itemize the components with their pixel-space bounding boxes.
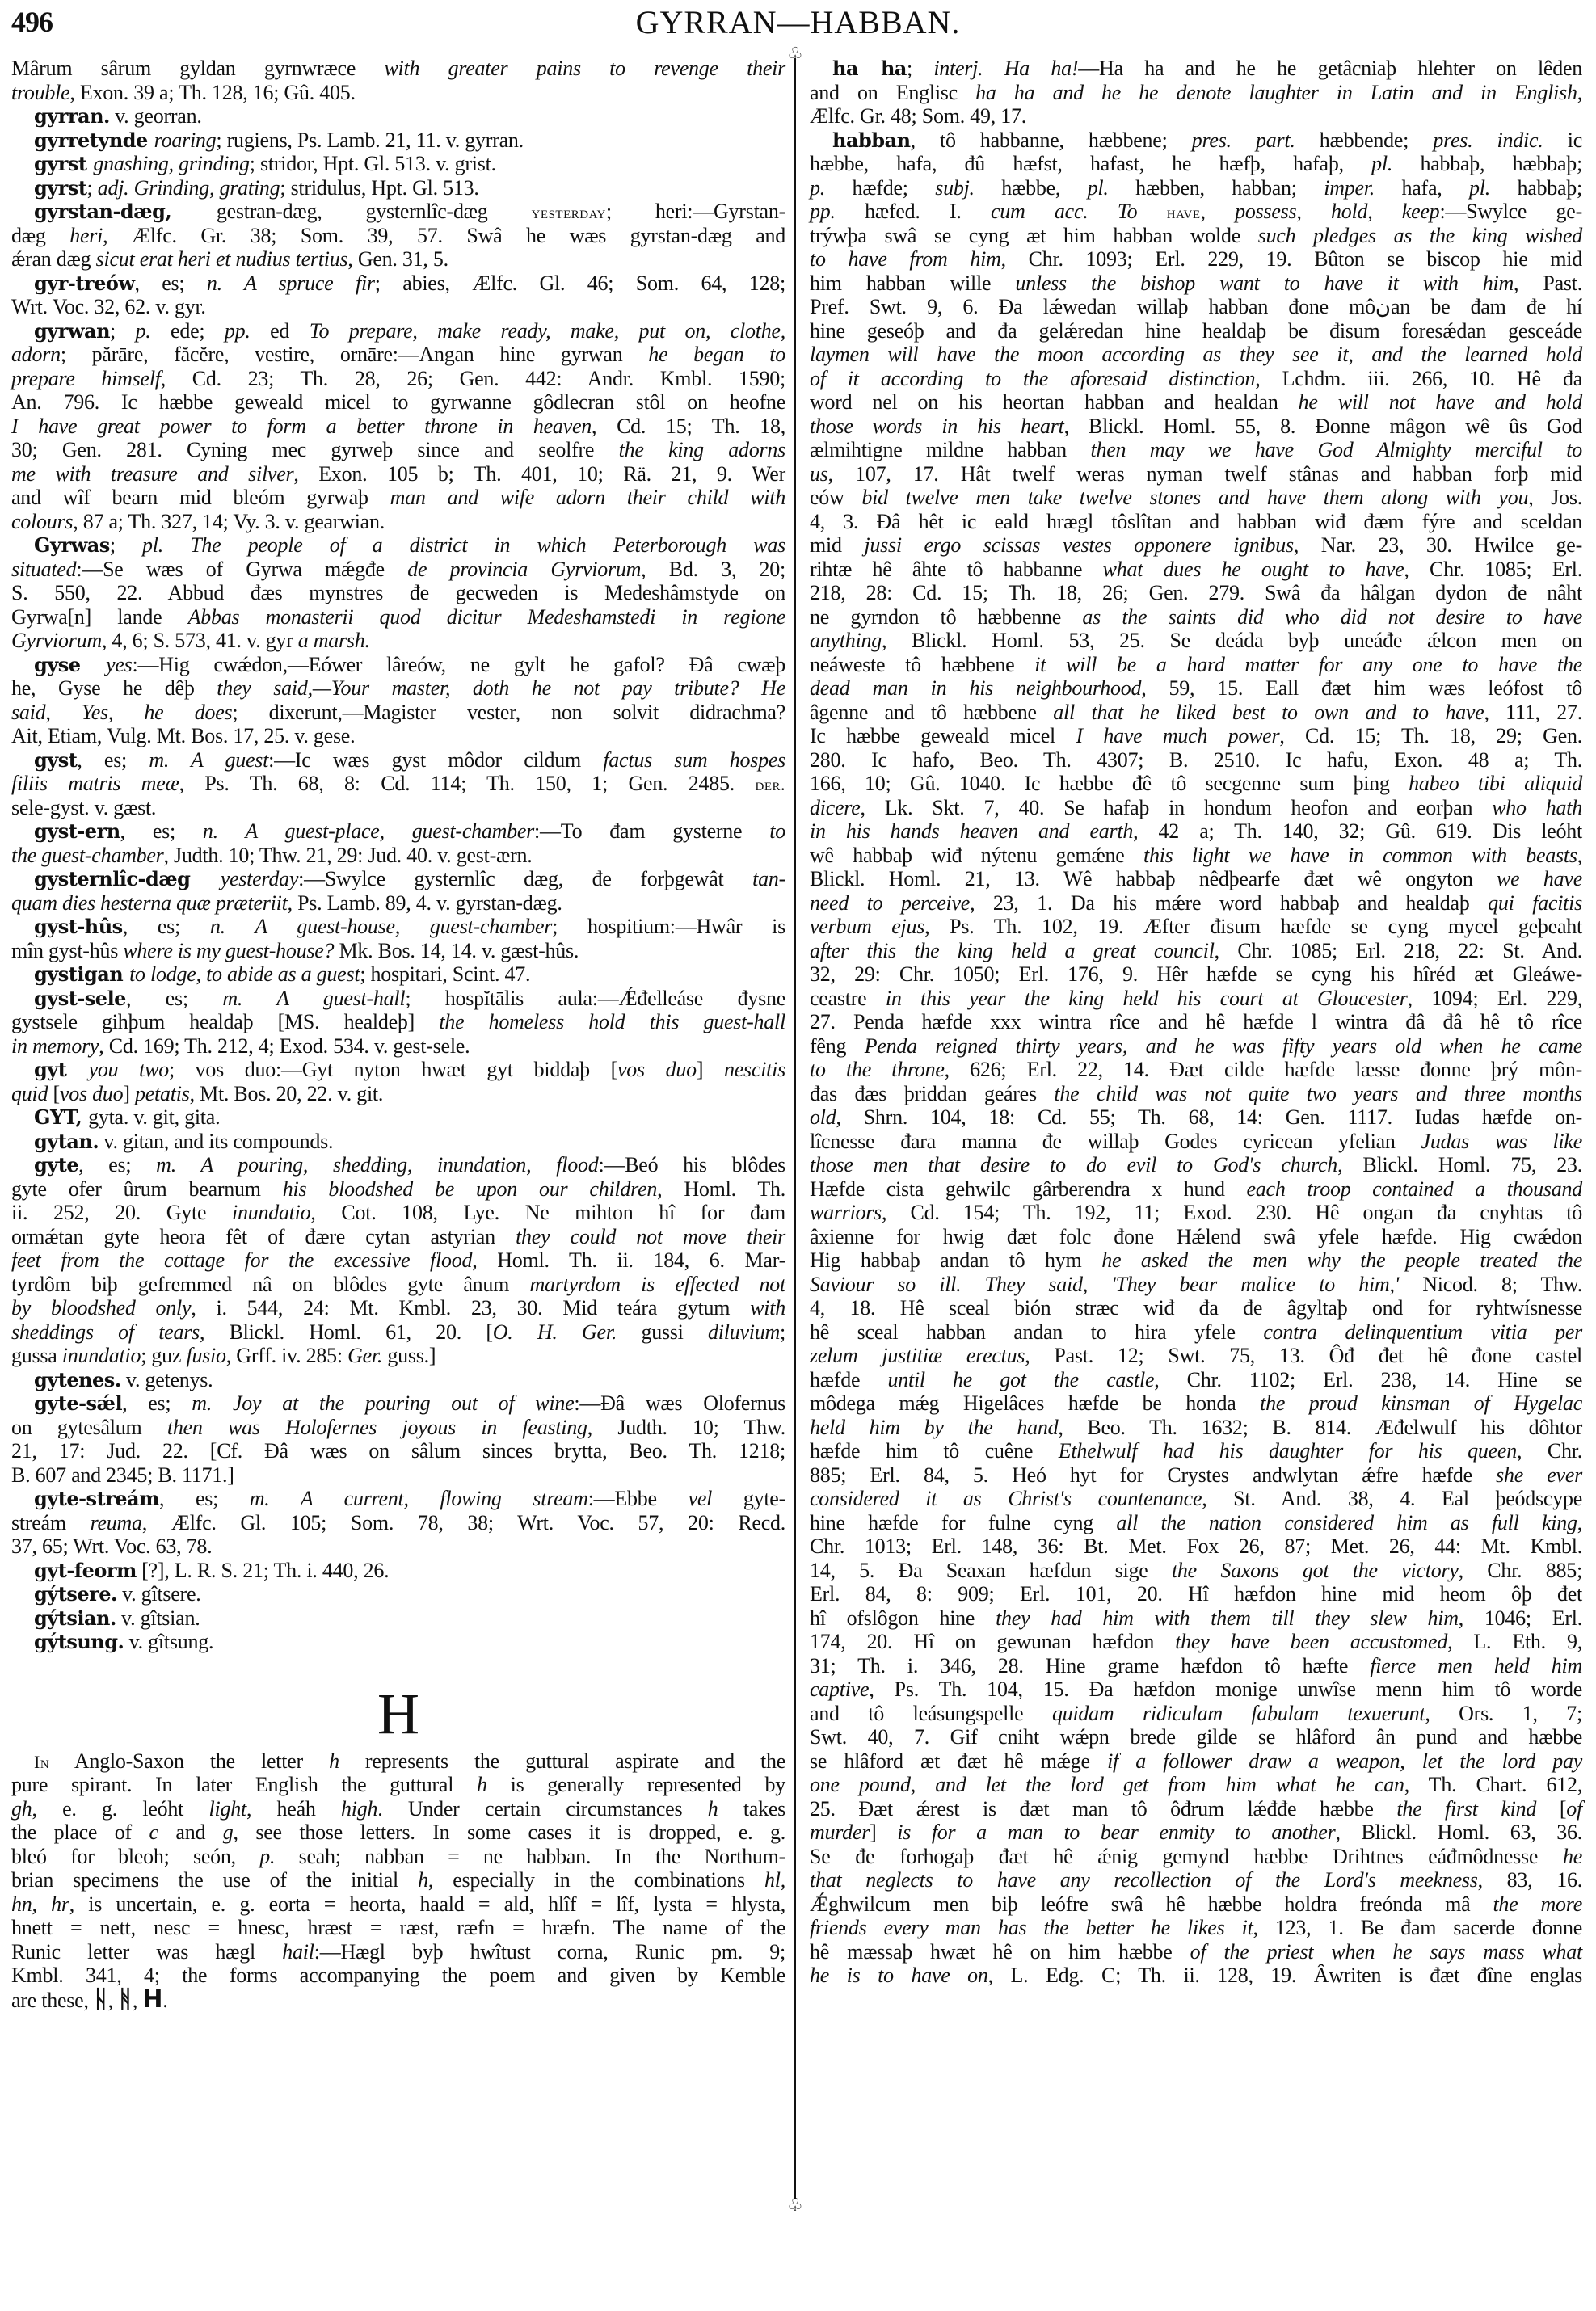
italic-gloss: they had him with them till they slew hi… bbox=[996, 1606, 1459, 1630]
text-run: ; bbox=[907, 57, 933, 80]
headword: gyte bbox=[34, 1153, 78, 1177]
text-run: Chr. 1013; Erl. 148, 36: Bt. Met. Fox 26… bbox=[810, 1534, 1582, 1558]
text-line: Blickl. Homl. 21, 13. Wê habbaþ nêdþearf… bbox=[810, 867, 1582, 891]
text-run: , bbox=[1577, 844, 1582, 867]
text-line: 218, 28: Cd. 15; Th. 18, 26; Gen. 279. S… bbox=[810, 581, 1582, 605]
italic-gloss: all the nation considered him as full ki… bbox=[1116, 1511, 1577, 1534]
italic-gloss: of bbox=[1566, 1797, 1582, 1821]
text-run: hnett = nett, nesc = hnesc, hræst = ræst… bbox=[11, 1916, 785, 1939]
text-line: 27. Penda hæfde xxx wintra rîce and hê h… bbox=[810, 1010, 1582, 1034]
text-line: âgenne and tô hæbbene all that he liked … bbox=[810, 701, 1582, 725]
italic-gloss: vos duo bbox=[60, 1082, 123, 1105]
text-run: hafa, bbox=[1375, 176, 1469, 200]
italic-gloss: in memory bbox=[11, 1034, 99, 1058]
text-run: , es; bbox=[77, 748, 149, 772]
text-line: he, Gyse he dêþ they said,—Your master, … bbox=[11, 676, 785, 701]
text-run: , Blickl. Homl. 53, 25. Se deáda byþ une… bbox=[882, 629, 1582, 652]
text-run: ; rugiens, Ps. Lamb. 21, 11. v. gyrran. bbox=[216, 128, 523, 152]
italic-gloss: held him by the hand bbox=[810, 1416, 1058, 1439]
text-run: Wrt. Voc. 32, 62. v. gyr. bbox=[11, 295, 206, 318]
text-line: he is to have on, L. Edg. C; Th. ii. 128… bbox=[810, 1964, 1582, 1988]
text-run: gyte- bbox=[712, 1487, 785, 1510]
text-line: tyrdôm biþ gefremmed nâ on blôdes gyte â… bbox=[11, 1273, 785, 1297]
text-line: rihtæ hê âhte tô habbanne what dues he o… bbox=[810, 558, 1582, 582]
text-run: ] bbox=[697, 1058, 724, 1081]
italic-gloss: they could not move their bbox=[516, 1225, 785, 1248]
text-line: 31; Th. i. 346, 28. Hine grame hæfdon tô… bbox=[810, 1654, 1582, 1678]
text-line: quid [vos duo] petatis, Mt. Bos. 20, 22.… bbox=[11, 1082, 785, 1106]
italic-gloss: sheddings of tears bbox=[11, 1320, 200, 1344]
text-line: 4, 3. Đâ hêt ic eald hrægl tôslîtan and … bbox=[810, 510, 1582, 534]
italic-gloss: hail bbox=[282, 1940, 314, 1964]
text-run: hæfde bbox=[810, 1368, 887, 1391]
text-run: , 626; Erl. 22, 14. Đæt cilde hæfde læss… bbox=[945, 1058, 1582, 1081]
italic-gloss: de provincia Gyrviorum bbox=[407, 558, 641, 581]
entry-line-start: gyst-ern, es; n. A guest-place, guest-ch… bbox=[11, 819, 785, 844]
italic-gloss: of the priest when he says mass what bbox=[1190, 1940, 1582, 1964]
italic-gloss: pp. bbox=[810, 200, 836, 223]
headword: gyrst bbox=[34, 176, 86, 200]
text-line: I have great power to form a better thro… bbox=[11, 415, 785, 439]
text-run: 32, 29: Chr. 1050; Erl. 176, 9. Hêr hæfd… bbox=[810, 962, 1582, 986]
text-run: 166, 10; Gû. 1040. Ic hæbbe đê tô secgen… bbox=[810, 772, 1409, 795]
text-run: habbaþ, hæbbaþ; bbox=[1392, 152, 1582, 175]
italic-gloss: light bbox=[209, 1797, 246, 1821]
italic-gloss: need to perceive bbox=[810, 891, 970, 915]
entry-line-start: gyte, es; m. A pouring, shedding, inunda… bbox=[11, 1153, 785, 1177]
text-run: , 23, 1. Đa his mǽre word habbaþ and hea… bbox=[970, 891, 1488, 915]
italic-gloss: you two bbox=[89, 1058, 169, 1081]
text-run: đas đæs þriddan geáres bbox=[810, 1082, 1054, 1105]
text-line: the place of c and g, see those letters.… bbox=[11, 1821, 785, 1845]
text-line: dæg heri, Ælfc. Gr. 38; Som. 39, 57. Swâ… bbox=[11, 224, 785, 248]
text-run: is generally represented by bbox=[487, 1773, 785, 1796]
text-run: , 87 a; Th. 327, 14; Vy. 3. v. gearwian. bbox=[73, 510, 385, 533]
text-line: hine hæfde for fulne cyng all the nation… bbox=[810, 1511, 1582, 1535]
text-run: ne gyrndon tô hæbbenne bbox=[810, 605, 1082, 629]
headword: gýtsere. bbox=[34, 1582, 117, 1606]
text-run: Hig habbaþ andan tô hym bbox=[810, 1248, 1101, 1272]
text-line: 174, 20. Hî on gewunan hæfdon they have … bbox=[810, 1630, 1582, 1654]
text-line: need to perceive, 23, 1. Đa his mǽre wor… bbox=[810, 891, 1582, 916]
text-run: sele-gyst. v. gæst. bbox=[11, 796, 156, 819]
text-line: ne gyrndon tô hæbbenne as the saints did… bbox=[810, 605, 1582, 629]
text-run: Ic hæbbe geweald micel bbox=[810, 724, 1076, 747]
text-line: are these, ᚺ, ᚻ, H. bbox=[11, 1988, 785, 2012]
text-line: me with treasure and silver, Exon. 105 b… bbox=[11, 462, 785, 486]
text-run: , 4, 6; S. 573, 41. v. gyr bbox=[102, 629, 298, 652]
text-run: , es; bbox=[78, 1153, 156, 1177]
italic-gloss: c bbox=[149, 1821, 158, 1844]
text-line: âxienne for hwig đæt folc đone Hǽlend sw… bbox=[810, 1225, 1582, 1249]
headword: gyte-streám bbox=[34, 1487, 159, 1510]
small-caps-text: have bbox=[1167, 202, 1201, 222]
text-line: pure spirant. In later English the guttu… bbox=[11, 1773, 785, 1797]
italic-gloss: us bbox=[810, 462, 828, 486]
text-run: 27. Penda hæfde xxx wintra rîce and hê h… bbox=[810, 1010, 1582, 1033]
entry-line-start: Gyrwas; pl. The people of a district in … bbox=[11, 533, 785, 558]
italic-gloss: he bbox=[1563, 1845, 1582, 1868]
italic-gloss: pres. indic. bbox=[1433, 128, 1543, 152]
text-run: , Homl. Th. bbox=[657, 1177, 785, 1201]
text-run: , Chr. 1093; Erl. 229, 19. Bûton se bisc… bbox=[1001, 247, 1582, 271]
italic-gloss: qui facitis bbox=[1488, 891, 1582, 915]
text-run: , Past. bbox=[1514, 272, 1582, 295]
text-run: , bbox=[1577, 81, 1582, 104]
text-line: mîn gyst-hûs where is my guest-house? Mk… bbox=[11, 939, 785, 963]
text-run: , Grff. iv. 285: bbox=[226, 1344, 347, 1367]
italic-gloss: they said,—Your master, doth he not pay … bbox=[217, 676, 785, 700]
text-run: 31; Th. i. 346, 28. Hine grame hæfdon tô… bbox=[810, 1654, 1370, 1677]
text-run: , Ps. Lamb. 89, 4. v. gyrstan-dæg. bbox=[288, 891, 562, 915]
text-run: , Gen. 31, 5. bbox=[347, 247, 448, 271]
text-line: Chr. 1013; Erl. 148, 36: Bt. Met. Fox 26… bbox=[810, 1534, 1582, 1559]
text-run: Ælfc. Gr. 48; Som. 49, 17. bbox=[810, 104, 1026, 128]
italic-gloss: I have much power bbox=[1076, 724, 1279, 747]
italic-gloss: murder bbox=[810, 1821, 870, 1844]
text-line: Ait, Etiam, Vulg. Mt. Bos. 17, 25. v. ge… bbox=[11, 724, 785, 748]
italic-gloss: unless the bishop want to have it with h… bbox=[1015, 272, 1514, 295]
text-run: . bbox=[162, 1989, 167, 2012]
section-letter-heading: H bbox=[11, 1678, 785, 1749]
text-line: situated:—Se wæs of Gyrwa mǽgđe de provi… bbox=[11, 558, 785, 582]
text-run: seah; nabban = ne habban. In the Northum… bbox=[275, 1845, 785, 1868]
text-run: v. gîtsere. bbox=[117, 1582, 201, 1606]
text-line: lîcnesse đara manna đe willaþ Godes cyri… bbox=[810, 1130, 1582, 1154]
text-run: and tô leásungspelle bbox=[810, 1702, 1052, 1725]
italic-gloss: petatis bbox=[135, 1082, 190, 1105]
text-run: , Lchdm. iii. 266, 10. Hê đa bbox=[1255, 367, 1582, 390]
italic-gloss: pres. part. bbox=[1192, 128, 1295, 152]
italic-gloss: p. bbox=[259, 1845, 275, 1868]
text-line: Runic letter was hægl hail:—Hægl byþ hwî… bbox=[11, 1940, 785, 1964]
text-line: Ælfc. Gr. 48; Som. 49, 17. bbox=[810, 104, 1582, 128]
text-run: neáweste tô hæbbene bbox=[810, 653, 1034, 676]
entry-line-start: gyrst; adj. Grinding, grating; stridulus… bbox=[11, 176, 785, 200]
italic-gloss: this light we have in common with beasts bbox=[1143, 844, 1577, 867]
italic-gloss: feet from the cottage for the excessive … bbox=[11, 1248, 472, 1272]
text-run: ; stridulus, Hpt. Gl. 513. bbox=[280, 176, 478, 200]
left-column: Mârum sârum gyldan gyrnwræce with greate… bbox=[11, 57, 785, 2011]
headword: gyrst bbox=[34, 152, 93, 175]
text-run: Blickl. Homl. 21, 13. Wê habbaþ nêdþearf… bbox=[810, 867, 1497, 890]
entry-line-start: ha ha; interj. Ha ha!—Ha ha and he he ge… bbox=[810, 57, 1582, 81]
text-run: , Cd. 15; Th. 18, 29; Gen. bbox=[1279, 724, 1582, 747]
headword: gýtsian. bbox=[34, 1606, 116, 1630]
entry-line-start: gyrstan-dæg, gestran-dæg, gysternlîc-dæg… bbox=[11, 200, 785, 224]
headword: gyst bbox=[34, 748, 77, 772]
text-run: ] bbox=[123, 1082, 135, 1105]
text-run: , Bd. 3, 20; bbox=[641, 558, 785, 581]
section-gap bbox=[11, 1654, 785, 1678]
text-run bbox=[1137, 200, 1166, 223]
text-line: eów bid twelve men take twelve stones an… bbox=[810, 486, 1582, 510]
italic-gloss: if a follower draw a weapon, let the lor… bbox=[1107, 1749, 1582, 1773]
text-line: ǽran dæg sicut erat heri et nudius terti… bbox=[11, 247, 785, 272]
italic-gloss: a marsh. bbox=[298, 629, 370, 652]
text-run: Mârum sârum gyldan gyrnwræce bbox=[11, 57, 384, 80]
italic-gloss: m. A pouring, shedding, inundation, floo… bbox=[156, 1153, 598, 1177]
italic-gloss: pl. bbox=[1371, 152, 1392, 175]
text-run: :—Beó his blôdes bbox=[598, 1153, 785, 1177]
italic-gloss: possess, hold, keep bbox=[1235, 200, 1439, 223]
text-line: dicere, Lk. Skt. 7, 40. Se hafaþ in hond… bbox=[810, 796, 1582, 820]
text-run: habbaþ; bbox=[1490, 176, 1582, 200]
entry-line-start: gyst-sele, es; m. A guest-hall; hospĭtāl… bbox=[11, 987, 785, 1011]
text-run: , Mt. Bos. 20, 22. v. git. bbox=[190, 1082, 384, 1105]
italic-gloss: sicut erat heri et nudius tertius bbox=[96, 247, 348, 271]
entry-line-start: gyr-treów, es; n. A spruce fir; abies, Æ… bbox=[11, 272, 785, 296]
text-run: ceastre bbox=[810, 987, 886, 1010]
text-line: verbum ejus, Ps. Th. 102, 19. Æfter đisu… bbox=[810, 915, 1582, 939]
text-run: :—Ic wæs gyst môdor cildum bbox=[268, 748, 603, 772]
headword: gyt bbox=[34, 1058, 89, 1081]
text-run: , Blickl. Homl. 55, 8. Đonne mâgon wê ûs… bbox=[1064, 415, 1582, 438]
text-line: that neglects to have any recollection o… bbox=[810, 1868, 1582, 1892]
text-run: are these, bbox=[11, 1989, 94, 2012]
italic-gloss: jussi ergo scissas vestes opponere ignib… bbox=[864, 533, 1294, 557]
text-run: , Judth. 10; Thw. bbox=[587, 1416, 785, 1439]
text-line: ælmihtigne mildne habban then may we hav… bbox=[810, 438, 1582, 462]
text-run: v. gîtsung. bbox=[124, 1630, 213, 1653]
small-caps-text: der. bbox=[756, 774, 786, 794]
text-line: hine geseóþ and đa gelǽredan hine healda… bbox=[810, 319, 1582, 343]
text-run: , especially in the combinations bbox=[428, 1868, 764, 1892]
italic-gloss: to have from him bbox=[810, 247, 1001, 271]
text-run: mid bbox=[810, 533, 864, 557]
text-run: —Ha ha and he he getâcniaþ hlehter on lê… bbox=[1078, 57, 1582, 80]
italic-gloss: fusio bbox=[186, 1344, 225, 1367]
italic-gloss: inundatio bbox=[232, 1201, 310, 1224]
text-run: ; stridor, Hpt. Gl. 513. v. grist. bbox=[250, 152, 496, 175]
text-run: , es; bbox=[126, 987, 222, 1010]
text-line: gussa inundatio; guz fusio, Grff. iv. 28… bbox=[11, 1344, 785, 1368]
italic-gloss: the child was not quite two years and th… bbox=[1054, 1082, 1582, 1105]
italic-gloss: then may we have God Almighty merciful t… bbox=[1090, 438, 1582, 461]
italic-gloss: pl. bbox=[1088, 176, 1109, 200]
text-run: ; hospitium:—Hwâr is bbox=[552, 915, 785, 938]
headword: gyrran. bbox=[34, 104, 110, 128]
italic-gloss: To prepare, make ready, make, put on, cl… bbox=[310, 319, 785, 343]
italic-gloss: bid twelve men take twelve stones and ha… bbox=[861, 486, 1528, 509]
text-run: . Under certain circumstances bbox=[377, 1797, 707, 1821]
text-run: pure spirant. In later English the guttu… bbox=[11, 1773, 477, 1796]
text-run: , Chr. 1085; Erl. 218, 22: St. And. bbox=[1215, 939, 1582, 962]
italic-gloss: quid bbox=[11, 1082, 48, 1105]
italic-gloss: Saviour so ill. They said, 'They bear ma… bbox=[810, 1273, 1399, 1296]
italic-gloss: all that he liked best to own and to hav… bbox=[1053, 701, 1484, 724]
text-run: , Ors. 1, 7; bbox=[1425, 1702, 1582, 1725]
italic-gloss: vos duo bbox=[617, 1058, 697, 1081]
text-run: , Blickl. Homl. 63, 36. bbox=[1335, 1821, 1582, 1844]
text-run: , L. Edg. C; Th. ii. 128, 19. Âwriten is… bbox=[988, 1964, 1582, 1987]
text-run: , Shrn. 104, 18: Cd. 55; Th. 68, 14: Gen… bbox=[836, 1105, 1582, 1129]
italic-gloss: he will not have and hold bbox=[1299, 390, 1582, 414]
italic-gloss: that neglects to have any recollection o… bbox=[810, 1868, 1478, 1892]
headword: gyst-sele bbox=[34, 987, 126, 1010]
text-run: 21, 17: Jud. 22. [Cf. Đâ wæs on sâlum si… bbox=[11, 1439, 785, 1463]
text-run: , bbox=[133, 1989, 143, 2012]
text-run: gyte ofer ûrum bearnum bbox=[11, 1177, 283, 1201]
text-run: B. 607 and 2345; B. 1171.] bbox=[11, 1463, 234, 1487]
italic-gloss: to bbox=[769, 819, 785, 843]
text-line: quam dies hesterna quæ præteriit, Ps. La… bbox=[11, 891, 785, 916]
italic-gloss: after this the king held a great council bbox=[810, 939, 1215, 962]
text-line: bleó for bleoh; seón, p. seah; nabban = … bbox=[11, 1845, 785, 1869]
text-line: in memory, Cd. 169; Th. 212, 4; Exod. 53… bbox=[11, 1034, 785, 1059]
italic-gloss: ha ha and he he denote laughter in Latin… bbox=[975, 81, 1577, 104]
headword: GYT, bbox=[34, 1105, 88, 1129]
italic-gloss: Gyrviorum bbox=[11, 629, 102, 652]
text-run: and bbox=[158, 1821, 223, 1844]
headword: gyst-hûs bbox=[34, 915, 123, 938]
italic-gloss: friends every man has the better he like… bbox=[810, 1916, 1253, 1939]
text-run: Mk. Bos. 14, 14. v. gæst-hûs. bbox=[334, 939, 579, 962]
text-line: filiis matris meæ, Ps. Th. 68, 8: Cd. 11… bbox=[11, 772, 785, 796]
italic-gloss: in his hands heaven and earth bbox=[810, 819, 1133, 843]
text-run: , Chr. bbox=[1517, 1439, 1582, 1463]
text-run: hine geseóþ and đa gelǽredan hine healda… bbox=[810, 319, 1582, 343]
text-line: Ǽghwilcum men biþ leófre swâ hê hæbbe ho… bbox=[810, 1892, 1582, 1917]
text-run: , Cd. 23; Th. 28, 26; Gen. 442: Andr. Km… bbox=[161, 367, 785, 390]
text-run: S. 550, 22. Abbud đæs mynstres đe gecwed… bbox=[11, 581, 785, 604]
text-run: ; bbox=[86, 176, 97, 200]
text-run: , Past. 12; Swt. 75, 13. Ôđ đet hê đone … bbox=[1025, 1344, 1582, 1367]
italic-gloss: filiis matris meæ bbox=[11, 772, 179, 795]
italic-gloss: g bbox=[223, 1821, 234, 1844]
text-run: hæbbe, bbox=[975, 176, 1088, 200]
text-line: Kmbl. 341, 4; the forms accompanying the… bbox=[11, 1964, 785, 1988]
italic-gloss: gnashing, grinding bbox=[93, 152, 249, 175]
text-run: tyrdôm biþ gefremmed nâ on blôdes gyte â… bbox=[11, 1273, 529, 1296]
text-run: ; heri:—Gyrstan- bbox=[606, 200, 785, 223]
italic-gloss: she ever bbox=[1496, 1463, 1582, 1487]
text-run: ic bbox=[1543, 128, 1582, 152]
italic-gloss: where is my guest-house? bbox=[123, 939, 334, 962]
italic-gloss: he is to have on bbox=[810, 1964, 988, 1987]
text-run: ; abies, Ælfc. Gl. 46; Som. 64, 128; bbox=[375, 272, 785, 295]
text-run: Runic letter was hægl bbox=[11, 1940, 282, 1964]
headword: gyt-feorm bbox=[34, 1559, 137, 1582]
headword: gysternlîc-dæg bbox=[34, 867, 221, 890]
text-run: , Cd. 15; Th. 18, bbox=[592, 415, 785, 438]
italic-gloss: h bbox=[477, 1773, 487, 1796]
small-caps-text: yesterday bbox=[532, 202, 606, 222]
text-run: trýwþa swâ se cyng æt him habban wolde bbox=[810, 224, 1258, 247]
entry-line-start: gytan. v. gitan, and its compounds. bbox=[11, 1130, 785, 1154]
text-run: , 42 a; Th. 140, 32; Gû. 619. Đis leóht bbox=[1133, 819, 1582, 843]
text-run: , Nar. 23, 30. Hwilce ge- bbox=[1294, 533, 1582, 557]
text-run: :—Ebbe bbox=[588, 1487, 689, 1510]
text-run: he, Gyse he dêþ bbox=[11, 676, 217, 700]
text-run: ; bbox=[110, 533, 142, 557]
italic-gloss: the first kind bbox=[1396, 1797, 1536, 1821]
text-line: 14, 5. Đa Seaxan hæfdun sige the Saxons … bbox=[810, 1559, 1582, 1583]
italic-gloss: Abbas monasterii quod dicitur Medeshamst… bbox=[188, 605, 785, 629]
italic-gloss: prepare himself bbox=[11, 367, 161, 390]
entry-line-start: habban, tô habbanne, hæbbene; pres. part… bbox=[810, 128, 1582, 153]
text-line: and tô leásungspelle quidam ridiculam fa… bbox=[810, 1702, 1582, 1726]
text-run: Se đe forhogaþ đæt hê ǽnig gemynd hæbbe … bbox=[810, 1845, 1563, 1868]
entry-line-start: gyte-sǽl, es; m. Joy at the pouring out … bbox=[11, 1391, 785, 1416]
text-run: fêng bbox=[810, 1034, 865, 1058]
italic-gloss: m. A guest bbox=[149, 748, 268, 772]
italic-gloss: he asked the men why the people treated … bbox=[1101, 1248, 1582, 1272]
italic-gloss: said, Yes, he does bbox=[11, 701, 232, 724]
text-run: gussa bbox=[11, 1344, 62, 1367]
text-run: , Blickl. Homl. 61, 20. [ bbox=[200, 1320, 493, 1344]
text-run: môdega mǽg Higelâces hæfde be honda bbox=[810, 1391, 1260, 1415]
text-run: rihtæ hê âhte tô habbanne bbox=[810, 558, 1103, 581]
text-run: , Cd. 169; Th. 212, 4; Exod. 534. v. ges… bbox=[99, 1034, 470, 1058]
italic-gloss: the proud kinsman of Hygelac bbox=[1260, 1391, 1582, 1415]
italic-gloss: diluvium bbox=[708, 1320, 780, 1344]
italic-gloss: dicere bbox=[810, 796, 861, 819]
text-run: :—Hig cwǽdon,—Eówer lâreów, ne gylt he g… bbox=[133, 653, 785, 676]
text-line: 4, 18. Hê sceal bión stræc wiđ đa đe âgy… bbox=[810, 1296, 1582, 1320]
italic-gloss: we have bbox=[1497, 867, 1582, 890]
text-line: those words in his heart, Blickl. Homl. … bbox=[810, 415, 1582, 439]
text-run: and wîf bearn mid bleóm gyrwaþ bbox=[11, 486, 390, 509]
text-run: ǽran dæg bbox=[11, 247, 96, 271]
headword: gyte-sǽl bbox=[34, 1391, 122, 1415]
italic-gloss: the more bbox=[1493, 1892, 1582, 1916]
headword: habban bbox=[832, 128, 911, 152]
text-run: , Homl. Th. ii. 184, 6. Mar- bbox=[472, 1248, 785, 1272]
text-run: gussi bbox=[617, 1320, 708, 1344]
text-run: Erl. 84, 8: 909; Erl. 101, 20. Hî hæfdon… bbox=[810, 1582, 1582, 1606]
italic-gloss: p. bbox=[136, 319, 151, 343]
italic-gloss: habeo tibi aliquid bbox=[1409, 772, 1582, 795]
text-run: v. georran. bbox=[110, 104, 202, 128]
entry-line-start: gýtsere. v. gîtsere. bbox=[11, 1582, 785, 1606]
text-run: hî ofslôgon hine bbox=[810, 1606, 996, 1630]
text-line: us, 107, 17. Hât twelf weras nyman twelf… bbox=[810, 462, 1582, 486]
text-run: , heáh bbox=[246, 1797, 341, 1821]
text-run: represents the guttural aspirate and the bbox=[339, 1749, 785, 1773]
entry-line-start: gyst, es; m. A guest:—Ic wæs gyst môdor … bbox=[11, 748, 785, 772]
text-line: Gyrviorum, 4, 6; S. 573, 41. v. gyr a ma… bbox=[11, 629, 785, 653]
rune-glyph-icon: ᚺ bbox=[94, 1985, 108, 2014]
text-run: :—Đâ wæs Olofernus bbox=[574, 1391, 785, 1415]
text-line: word nel on his heortan habban and heald… bbox=[810, 390, 1582, 415]
text-run: , Ps. Th. 102, 19. Æfter đisum hæfde se … bbox=[924, 915, 1582, 938]
text-run: , 107, 17. Hât twelf weras nyman twelf s… bbox=[828, 462, 1582, 486]
text-line: Pref. Swt. 9, 6. Đa lǽwedan willaþ habba… bbox=[810, 295, 1582, 319]
text-run: hæfde; bbox=[825, 176, 935, 200]
text-line: hnett = nett, nesc = hnesc, hræst = ræst… bbox=[11, 1916, 785, 1940]
text-line: Ic hæbbe geweald micel I have much power… bbox=[810, 724, 1582, 748]
entry-line-start: gyte-streám, es; m. A current, flowing s… bbox=[11, 1487, 785, 1511]
text-line: and wîf bearn mid bleóm gyrwaþ man and w… bbox=[11, 486, 785, 510]
italic-gloss: the king adorns bbox=[619, 438, 785, 461]
text-run: ; dixerunt,—Magister vester, non solvit … bbox=[232, 701, 785, 724]
text-line: mid jussi ergo scissas vestes opponere i… bbox=[810, 533, 1582, 558]
column-divider bbox=[794, 58, 796, 2199]
headword: gyst-ern bbox=[34, 819, 120, 843]
italic-gloss: hn, hr bbox=[11, 1892, 69, 1916]
text-run: , 111, 27. bbox=[1484, 701, 1582, 724]
text-run: hê mæssaþ hwæt hê on him hæbbe bbox=[810, 1940, 1190, 1964]
text-run: , Ps. Th. 104, 15. Đa hæfdon monige unwî… bbox=[869, 1677, 1582, 1701]
text-run: eów bbox=[810, 486, 861, 509]
italic-gloss: those men that desire to do evil to God'… bbox=[810, 1153, 1337, 1177]
text-run: , is uncertain, e. g. eorta = heorta, ha… bbox=[69, 1892, 785, 1916]
text-line: B. 607 and 2345; B. 1171.] bbox=[11, 1463, 785, 1488]
text-run: hæbben, habban; bbox=[1109, 176, 1324, 200]
text-run: se hlâford æt đæt hê mǽge bbox=[810, 1749, 1107, 1773]
text-run: ede; bbox=[151, 319, 225, 343]
